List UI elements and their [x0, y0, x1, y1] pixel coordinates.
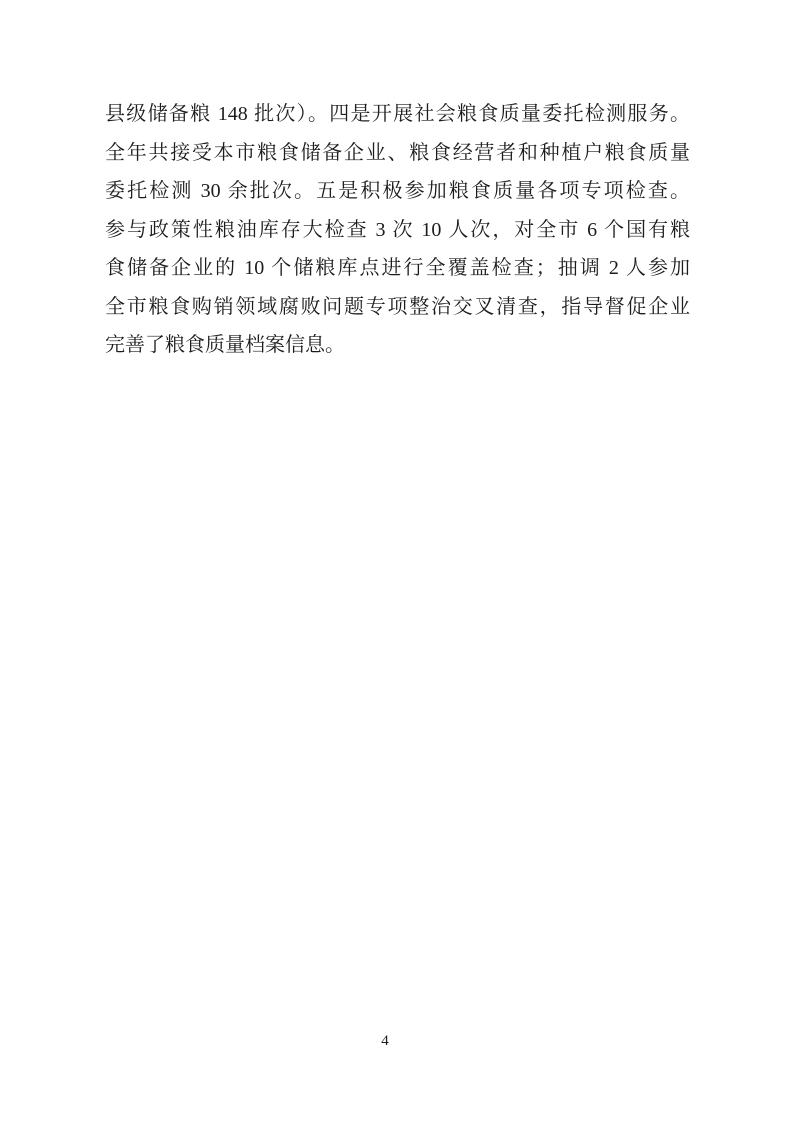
- paragraph-line-2: 全年共接受本市粮食储备企业、粮食经营者和种植户粮食质量: [105, 134, 690, 173]
- paragraph-line-4: 参与政策性粮油库存大检查 3 次 10 人次，对全市 6 个国有粮: [105, 211, 690, 250]
- document-page: 县级储备粮 148 批次）。四是开展社会粮食质量委托检测服务。 全年共接受本市粮…: [0, 0, 793, 1122]
- page-number: 4: [0, 1031, 770, 1052]
- paragraph-line-1: 县级储备粮 148 批次）。四是开展社会粮食质量委托检测服务。: [105, 95, 690, 134]
- body-paragraph: 县级储备粮 148 批次）。四是开展社会粮食质量委托检测服务。 全年共接受本市粮…: [105, 95, 690, 365]
- paragraph-line-5: 食储备企业的 10 个储粮库点进行全覆盖检查；抽调 2 人参加: [105, 249, 690, 288]
- paragraph-line-7: 完善了粮食质量档案信息。: [105, 326, 690, 365]
- paragraph-line-3: 委托检测 30 余批次。五是积极参加粮食质量各项专项检查。: [105, 172, 690, 211]
- paragraph-line-6: 全市粮食购销领域腐败问题专项整治交叉清查，指导督促企业: [105, 288, 690, 327]
